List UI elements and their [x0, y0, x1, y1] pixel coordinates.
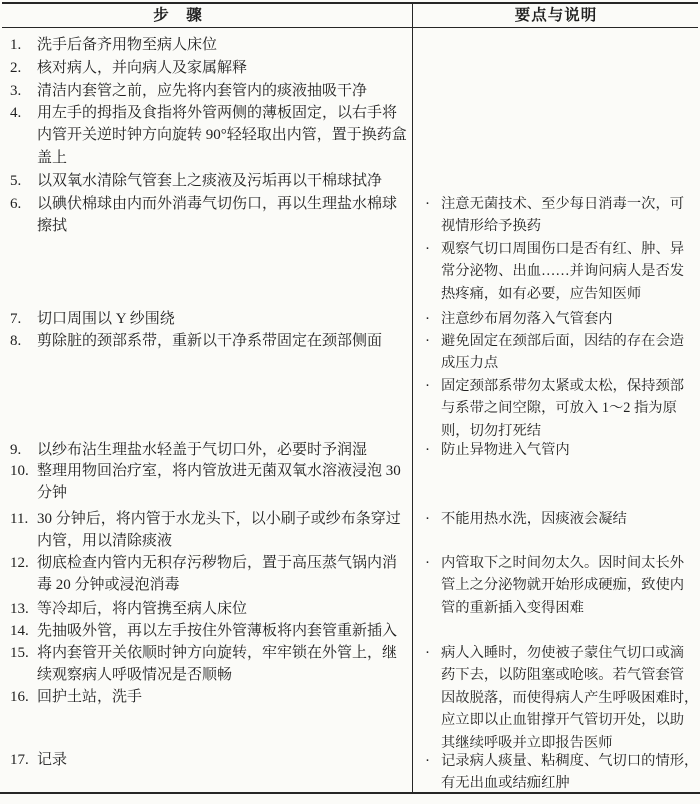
step-item: 14.先抽吸外管，再以左手按住外管薄板将内套管重新插入	[0, 620, 412, 642]
step-text-line: 洗手后备齐用物至病人床位	[37, 34, 406, 56]
point-text-line: 内管取下之时间勿太久。因时间太长外	[441, 552, 696, 574]
point-text-line: 注意纱布屑勿落入气管套内	[441, 308, 696, 330]
step-number: 10.	[0, 460, 37, 505]
point-item: ·记录病人痰量、粘稠度、气切口的情形，有无出血或结痂红肿	[412, 750, 700, 795]
table-top-border	[2, 2, 698, 4]
step-item: 1.洗手后备齐用物至病人床位	[0, 34, 412, 56]
bullet-icon: ·	[412, 750, 441, 795]
step-text-line: 用左手的拇指及食指将外管两侧的薄板固定，以右手将	[37, 102, 406, 124]
step-text-line: 记录	[37, 749, 406, 771]
step-item: 5.以双氧水清除气管套上之痰液及污垢再以干棉球拭净	[0, 170, 412, 192]
point-text: 避免固定在颈部后面，因结的存在会造成压力点	[441, 330, 696, 375]
step-text-line: 毒 20 分钟或浸泡消毒	[37, 574, 406, 596]
step-text: 等冷却后，将内管携至病人床位	[37, 598, 406, 620]
point-item: ·注意无菌技术、至少每日消毒一次，可视情形给予换药	[412, 193, 700, 238]
step-text: 整理用物回治疗室，将内管放进无菌双氧水溶液浸泡 30分钟	[37, 460, 406, 505]
point-text: 记录病人痰量、粘稠度、气切口的情形，有无出血或结痂红肿	[441, 750, 696, 795]
step-text-line: 切口周围以 Y 纱围绕	[37, 308, 406, 330]
step-number: 6.	[0, 193, 37, 238]
column-header-points: 要点与说明	[412, 5, 700, 27]
point-item: ·注意纱布屑勿落入气管套内	[412, 308, 700, 330]
step-text: 剪除脏的颈部系带，重新以干净系带固定在颈部侧面	[37, 330, 406, 352]
step-item: 7.切口周围以 Y 纱围绕	[0, 308, 412, 330]
step-text: 彻底检查内管内无积存污秽物后，置于高压蒸气锅内消毒 20 分钟或浸泡消毒	[37, 552, 406, 597]
bullet-icon: ·	[412, 439, 441, 461]
step-text-line: 等冷却后，将内管携至病人床位	[37, 598, 406, 620]
step-number: 15.	[0, 642, 37, 687]
point-text-line: 避免固定在颈部后面，因结的存在会造	[441, 330, 696, 352]
step-text-line: 核对病人，并向病人及家属解释	[37, 57, 406, 79]
step-number: 17.	[0, 749, 37, 771]
point-text: 内管取下之时间勿太久。因时间太长外管上之分泌物就开始形成硬痂，致使内管的重新插入…	[441, 552, 696, 619]
step-number: 7.	[0, 308, 37, 330]
bullet-icon: ·	[412, 238, 441, 305]
step-number: 8.	[0, 330, 37, 352]
step-text: 以纱布沾生理盐水轻盖于气切口外，必要时予润湿	[37, 439, 406, 461]
step-item: 2.核对病人，并向病人及家属解释	[0, 57, 412, 79]
step-text: 以双氧水清除气管套上之痰液及污垢再以干棉球拭净	[37, 170, 406, 192]
step-text-line: 以碘伏棉球由内而外消毒气切伤口，再以生理盐水棉球	[37, 193, 406, 215]
step-text-line: 以纱布沾生理盐水轻盖于气切口外，必要时予润湿	[37, 439, 406, 461]
step-number: 16.	[0, 686, 37, 708]
point-text-line: 病人入睡时，勿使被子蒙住气切口或滴	[441, 642, 696, 664]
bullet-icon: ·	[412, 308, 441, 330]
point-item: ·避免固定在颈部后面，因结的存在会造成压力点	[412, 330, 700, 375]
bullet-icon: ·	[412, 193, 441, 238]
bullet-icon: ·	[412, 508, 441, 530]
step-item: 3.清洁内套管之前，应先将内套管内的痰液抽吸干净	[0, 80, 412, 102]
step-number: 1.	[0, 34, 37, 56]
point-text-line: 常分泌物、出血……并询问病人是否发	[441, 260, 696, 282]
step-text-line: 30 分钟后，将内管于水龙头下，以小刷子或纱布条穿过	[37, 508, 406, 530]
step-text: 30 分钟后，将内管于水龙头下，以小刷子或纱布条穿过内管，用以清除痰液	[37, 508, 406, 553]
step-text: 切口周围以 Y 纱围绕	[37, 308, 406, 330]
point-text-line: 因故脱落，而使得病人产生呼吸困难时，	[441, 687, 696, 709]
bullet-icon: ·	[412, 642, 441, 754]
point-text-line: 固定颈部系带勿太紧或太松，保持颈部	[441, 375, 696, 397]
point-text-line: 管上之分泌物就开始形成硬痂，致使内	[441, 574, 696, 596]
point-text: 防止异物进入气管内	[441, 439, 696, 461]
point-text-line: 防止异物进入气管内	[441, 439, 696, 461]
step-text-line: 回护土站，洗手	[37, 686, 406, 708]
step-text-line: 内管，用以清除痰液	[37, 530, 406, 552]
step-item: 6.以碘伏棉球由内而外消毒气切伤口，再以生理盐水棉球擦拭	[0, 193, 412, 238]
point-item: ·观察气切口周围伤口是否有红、肿、异常分泌物、出血……并询问病人是否发热疼痛，如…	[412, 238, 700, 305]
point-text-line: 成压力点	[441, 352, 696, 374]
step-number: 11.	[0, 508, 37, 553]
step-text: 用左手的拇指及食指将外管两侧的薄板固定，以右手将内管开关逆时钟方向旋转 90°轻…	[37, 102, 406, 169]
step-text-line: 清洁内套管之前，应先将内套管内的痰液抽吸干净	[37, 80, 406, 102]
step-number: 9.	[0, 439, 37, 461]
step-text: 洗手后备齐用物至病人床位	[37, 34, 406, 56]
bullet-icon: ·	[412, 330, 441, 375]
step-text-line: 内管开关逆时钟方向旋转 90°轻轻取出内管，置于换药盒	[37, 124, 406, 146]
step-text-line: 剪除脏的颈部系带，重新以干净系带固定在颈部侧面	[37, 330, 406, 352]
step-text: 回护土站，洗手	[37, 686, 406, 708]
point-item: ·不能用热水洗，因痰液会凝结	[412, 508, 700, 530]
step-item: 12.彻底检查内管内无积存污秽物后，置于高压蒸气锅内消毒 20 分钟或浸泡消毒	[0, 552, 412, 597]
bullet-icon: ·	[412, 552, 441, 619]
step-text-line: 擦拭	[37, 215, 406, 237]
step-number: 13.	[0, 598, 37, 620]
step-item: 11.30 分钟后，将内管于水龙头下，以小刷子或纱布条穿过内管，用以清除痰液	[0, 508, 412, 553]
step-text-line: 续观察病人呼吸情况是否顺畅	[37, 664, 406, 686]
point-text: 不能用热水洗，因痰液会凝结	[441, 508, 696, 530]
step-number: 3.	[0, 80, 37, 102]
header-divider-line	[2, 27, 698, 28]
step-item: 17.记录	[0, 749, 412, 771]
step-text: 将内套管开关依顺时钟方向旋转，牢牢锁在外管上，继续观察病人呼吸情况是否顺畅	[37, 642, 406, 687]
step-text-line: 先抽吸外管，再以左手按住外管薄板将内套管重新插入	[37, 620, 406, 642]
point-item: ·防止异物进入气管内	[412, 439, 700, 461]
step-text-line: 盖上	[37, 147, 406, 169]
step-item: 16.回护土站，洗手	[0, 686, 412, 708]
bullet-icon: ·	[412, 375, 441, 442]
point-text-line: 药下去，以防阻塞或呛咳。若气管套管	[441, 664, 696, 686]
column-header-steps: 步 骤	[0, 5, 412, 27]
step-text-line: 整理用物回治疗室，将内管放进无菌双氧水溶液浸泡 30	[37, 460, 406, 482]
step-item: 9.以纱布沾生理盐水轻盖于气切口外，必要时予润湿	[0, 439, 412, 461]
step-text: 核对病人，并向病人及家属解释	[37, 57, 406, 79]
point-text-line: 应立即以止血钳撑开气管切开处，以助	[441, 709, 696, 731]
point-text-line: 热疼痛，如有必要，应告知医师	[441, 283, 696, 305]
point-text: 病人入睡时，勿使被子蒙住气切口或滴药下去，以防阻塞或呛咳。若气管套管因故脱落，而…	[441, 642, 696, 754]
step-item: 15.将内套管开关依顺时钟方向旋转，牢牢锁在外管上，继续观察病人呼吸情况是否顺畅	[0, 642, 412, 687]
step-text: 清洁内套管之前，应先将内套管内的痰液抽吸干净	[37, 80, 406, 102]
step-text: 记录	[37, 749, 406, 771]
step-text: 先抽吸外管，再以左手按住外管薄板将内套管重新插入	[37, 620, 406, 642]
step-text-line: 将内套管开关依顺时钟方向旋转，牢牢锁在外管上，继	[37, 642, 406, 664]
point-text-line: 管的重新插入变得困难	[441, 597, 696, 619]
step-item: 8.剪除脏的颈部系带，重新以干净系带固定在颈部侧面	[0, 330, 412, 352]
step-text-line: 以双氧水清除气管套上之痰液及污垢再以干棉球拭净	[37, 170, 406, 192]
step-number: 4.	[0, 102, 37, 169]
procedure-table-page: 步 骤 要点与说明 1.洗手后备齐用物至病人床位2.核对病人，并向病人及家属解释…	[0, 0, 700, 804]
step-item: 13.等冷却后，将内管携至病人床位	[0, 598, 412, 620]
point-text-line: 不能用热水洗，因痰液会凝结	[441, 508, 696, 530]
point-text-line: 注意无菌技术、至少每日消毒一次，可	[441, 193, 696, 215]
step-number: 12.	[0, 552, 37, 597]
point-text: 注意纱布屑勿落入气管套内	[441, 308, 696, 330]
point-text-line: 有无出血或结痂红肿	[441, 772, 696, 794]
point-text: 观察气切口周围伤口是否有红、肿、异常分泌物、出血……并询问病人是否发热疼痛，如有…	[441, 238, 696, 305]
point-text: 注意无菌技术、至少每日消毒一次，可视情形给予换药	[441, 193, 696, 238]
step-text-line: 彻底检查内管内无积存污秽物后，置于高压蒸气锅内消	[37, 552, 406, 574]
step-item: 10.整理用物回治疗室，将内管放进无菌双氧水溶液浸泡 30分钟	[0, 460, 412, 505]
step-number: 2.	[0, 57, 37, 79]
point-item: ·内管取下之时间勿太久。因时间太长外管上之分泌物就开始形成硬痂，致使内管的重新插…	[412, 552, 700, 619]
point-item: ·固定颈部系带勿太紧或太松，保持颈部与系带之间空隙，可放入 1～2 指为原则，切…	[412, 375, 700, 442]
step-text-line: 分钟	[37, 482, 406, 504]
point-text-line: 视情形给予换药	[441, 215, 696, 237]
point-item: ·病人入睡时，勿使被子蒙住气切口或滴药下去，以防阻塞或呛咳。若气管套管因故脱落，…	[412, 642, 700, 754]
point-text-line: 与系带之间空隙，可放入 1～2 指为原	[441, 397, 696, 419]
point-text-line: 记录病人痰量、粘稠度、气切口的情形，	[441, 750, 696, 772]
point-text: 固定颈部系带勿太紧或太松，保持颈部与系带之间空隙，可放入 1～2 指为原则，切勿…	[441, 375, 696, 442]
step-number: 14.	[0, 620, 37, 642]
point-text-line: 观察气切口周围伤口是否有红、肿、异	[441, 238, 696, 260]
step-number: 5.	[0, 170, 37, 192]
step-text: 以碘伏棉球由内而外消毒气切伤口，再以生理盐水棉球擦拭	[37, 193, 406, 238]
step-item: 4.用左手的拇指及食指将外管两侧的薄板固定，以右手将内管开关逆时钟方向旋转 90…	[0, 102, 412, 169]
